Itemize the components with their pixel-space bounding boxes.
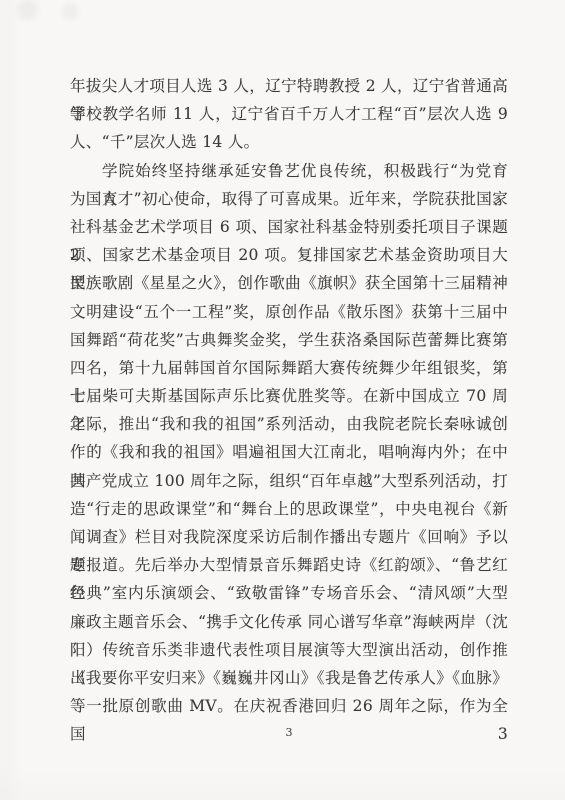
text-line: 学校教学名师 11 人，辽宁省百千万人才工程“百”层次人选 9 (70, 100, 508, 128)
text-line: 之际，推出“我和我的祖国”系列活动，由我院老院长秦咏诚创 (70, 410, 508, 438)
text-line: 文明建设“五个一工程”奖，原创作品《散乐图》获第十三届中 (70, 298, 508, 326)
text-line: 四名，第十九届韩国首尔国际舞蹈大赛传统舞少年组银奖，第十 (70, 354, 508, 382)
page-number: 3 (70, 726, 508, 739)
text-line: 共产党成立 100 周年之际，组织“百年卓越”大型系列活动，打 (70, 467, 508, 495)
text-line: 等一批原创歌曲 MV。在庆祝香港回归 26 周年之际，作为全国 3 (70, 692, 508, 720)
text-line: 经典”室内乐演颂会、“致敬雷锋”专场音乐会、“清风颂”大型 (70, 579, 508, 607)
document-page: 年拔尖人才项目人选 3 人，辽宁特聘教授 2 人，辽宁省普通高等 学校教学名师 … (0, 0, 565, 800)
text-line: 为国育才”初心使命，取得了可喜成果。近年来，学院获批国家 (70, 185, 508, 213)
text-line: 《我要你平安归来》《巍巍井冈山》《我是鲁艺传承人》《血脉》 (70, 664, 508, 692)
document-body: 年拔尖人才项目人选 3 人，辽宁特聘教授 2 人，辽宁省普通高等 学校教学名师 … (70, 72, 508, 720)
text-line: 年拔尖人才项目人选 3 人，辽宁特聘教授 2 人，辽宁省普通高等 (70, 72, 508, 100)
text-line: 造“行走的思政课堂”和“舞台上的思政课堂”，中央电视台《新 (70, 495, 508, 523)
text-line: 廉政主题音乐会、“携手文化传承 同心谱写华章”海峡两岸（沈 (70, 608, 508, 636)
text-line: 项、国家艺术基金项目 20 项。复排国家艺术基金资助项目大型 (70, 241, 508, 269)
text-line: 民族歌剧《星星之火》，创作歌曲《旗帜》获全国第十三届精神 (70, 269, 508, 297)
text-line: 题报道。先后举办大型情景音乐舞蹈史诗《红韵颂》、“鲁艺红色 (70, 551, 508, 579)
text-line: 闻调查》栏目对我院深度采访后制作播出专题片《回响》予以专 (70, 523, 508, 551)
text-line: 社科基金艺术学项目 6 项、国家社科基金特别委托项目子课题 2 (70, 213, 508, 241)
text-line: 人、“千”层次人选 14 人。 (70, 128, 508, 156)
text-line: 国舞蹈“荷花奖”古典舞奖金奖，学生获洛桑国际芭蕾舞比赛第 (70, 326, 508, 354)
text-line: 阳）传统音乐类非遗代表性项目展演等大型演出活动，创作推出 (70, 636, 508, 664)
text-line: 七届柴可夫斯基国际声乐比赛优胜奖等。在新中国成立 70 周年 (70, 382, 508, 410)
text-line: 学院始终坚持继承延安鲁艺优良传统，积极践行“为党育人、 (70, 157, 508, 185)
text-line: 作的《我和我的祖国》唱遍祖国大江南北，唱响海内外；在中国 (70, 438, 508, 466)
